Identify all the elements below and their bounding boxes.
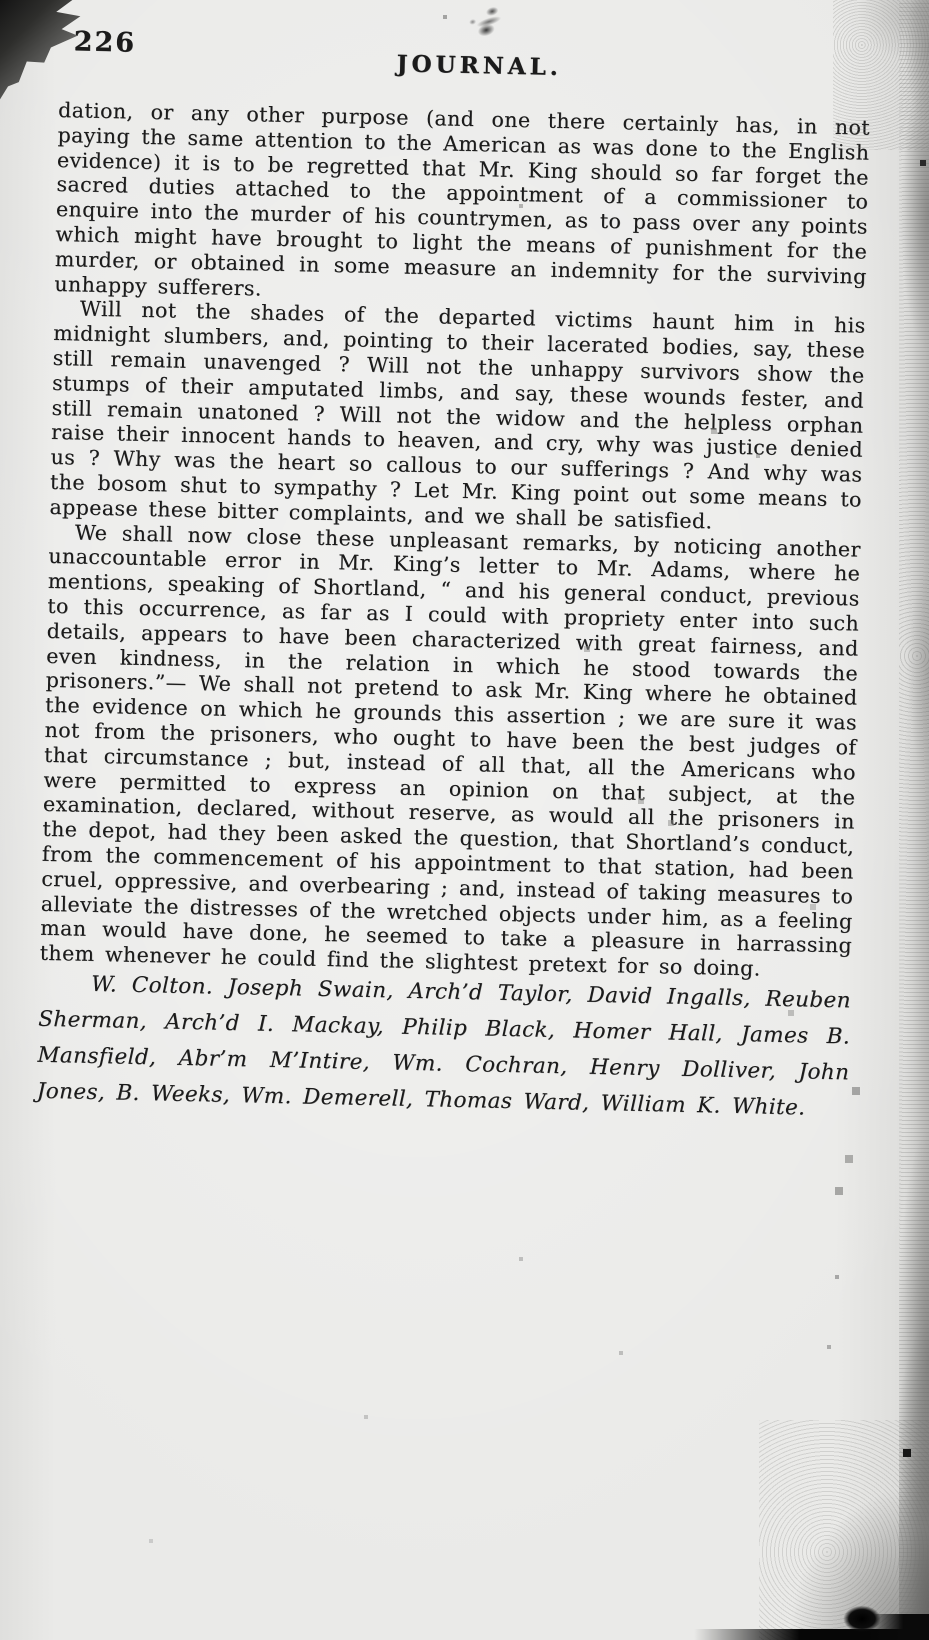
paper-specks	[0, 0, 2, 2]
paragraph: We shall now close these unpleasant rema…	[39, 519, 861, 983]
printed-text-block: 226 JOURNAL. dation, or any other purpos…	[36, 26, 871, 1127]
scanned-journal-page: 226 JOURNAL. dation, or any other purpos…	[0, 0, 929, 1640]
paragraph-continuation: dation, or any other purpose (and one th…	[54, 98, 870, 314]
signature-list: W. Colton. Joseph Swain, Arch’d Taylor, …	[36, 966, 851, 1128]
page-number: 226	[73, 26, 136, 58]
body-text: dation, or any other purpose (and one th…	[36, 98, 870, 1127]
paragraph: Will not the shades of the departed vict…	[49, 296, 866, 537]
ink-blob-bottom-right	[838, 1598, 886, 1636]
scan-noise-top-right	[833, 0, 929, 150]
page-header-title: JOURNAL.	[396, 50, 562, 81]
scan-edge-right	[899, 0, 929, 1640]
